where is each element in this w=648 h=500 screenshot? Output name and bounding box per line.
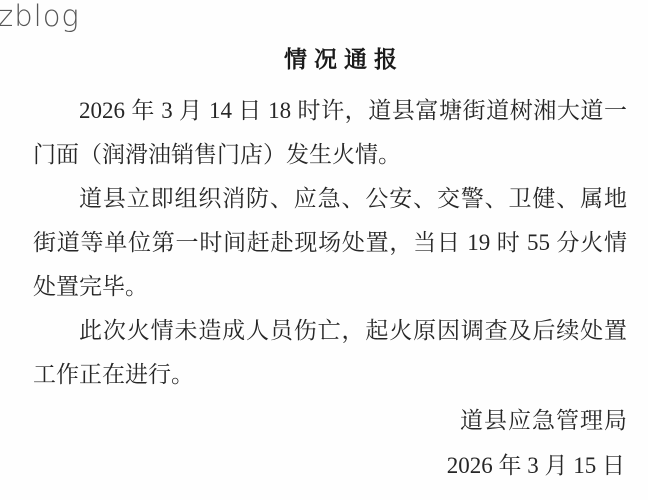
notice-paragraph: 2026 年 3 月 14 日 18 时许，道县富塘街道树湘大道一门面（润滑油销… [33, 89, 627, 177]
notice-document: zblog 情况通报 2026 年 3 月 14 日 18 时许，道县富塘街道树… [0, 0, 648, 500]
issuer-signature: 道县应急管理局 [460, 408, 628, 433]
notice-paragraph: 此次火情未造成人员伤亡，起火原因调查及后续处置工作正在进行。 [33, 309, 627, 397]
notice-paragraph: 道县立即组织消防、应急、公安、交警、卫健、属地街道等单位第一时间赶赴现场处置，当… [33, 177, 627, 309]
site-watermark: zblog [0, 1, 80, 33]
notice-body: 2026 年 3 月 14 日 18 时许，道县富塘街道树湘大道一门面（润滑油销… [33, 89, 627, 397]
notice-date: 2026 年 3 月 15 日 [447, 453, 625, 478]
notice-title: 情况通报 [284, 47, 404, 73]
